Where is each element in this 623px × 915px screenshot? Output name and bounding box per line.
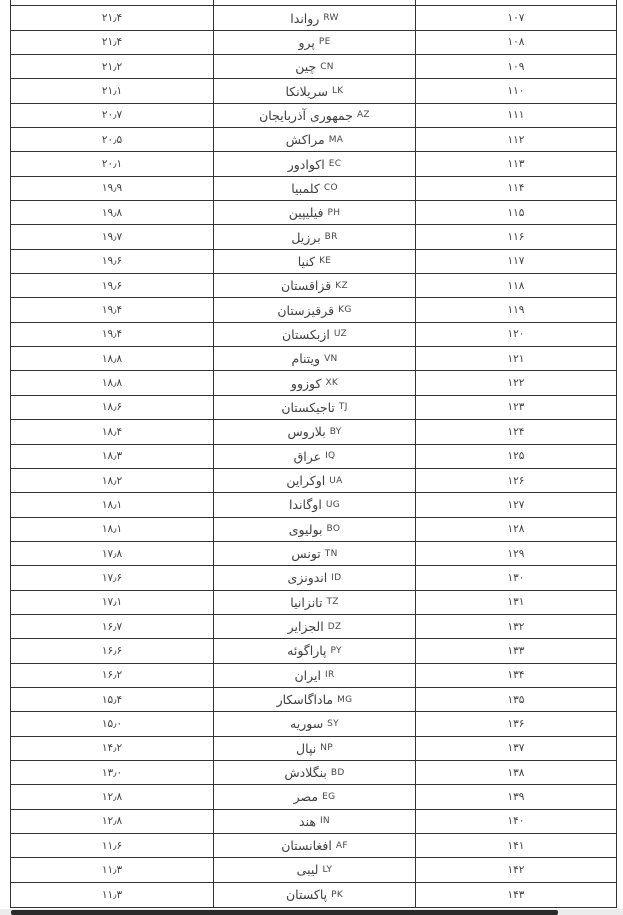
table-row: ۱۸٫۳ IQ عراق ۱۲۵	[11, 445, 616, 469]
value-cell: ۱۸٫۳	[11, 445, 213, 468]
country-name-label: مصر	[294, 789, 318, 804]
country-cell: BY بلاروس	[213, 420, 416, 443]
country-code-label: UA	[329, 476, 342, 486]
country-code-label: MG	[337, 695, 352, 705]
country-cell: KZ قزاقستان	[213, 274, 416, 297]
country-cell: IR ایران	[213, 664, 416, 687]
rank-cell: ۱۳۰	[416, 566, 616, 589]
country-name-label: کنیا	[298, 254, 315, 269]
table-row: ۱۸٫۶ TJ تاجیکستان ۱۲۳	[11, 396, 616, 420]
value-cell: ۲۱٫۴	[11, 6, 213, 29]
rank-cell: ۱۱۷	[416, 250, 616, 273]
country-cell: TN تونس	[213, 542, 416, 565]
value-cell: ۱۸٫۱	[11, 518, 213, 541]
country-code-label: PE	[319, 37, 331, 47]
country-cell	[213, 0, 416, 5]
value-cell: ۱۷٫۶	[11, 566, 213, 589]
table-row: ۲۱٫۴ PE پرو ۱۰۸	[11, 31, 616, 55]
rank-cell: ۱۱۴	[416, 177, 616, 200]
country-cell: IN هند	[213, 810, 416, 833]
country-code-label: BR	[325, 232, 338, 242]
country-cell: PK پاکستان	[213, 883, 416, 907]
value-cell: ۱۹٫۴	[11, 323, 213, 346]
table-row: ۱۷٫۶ ID اندونزی ۱۳۰	[11, 566, 616, 590]
country-cell: IQ عراق	[213, 445, 416, 468]
rank-cell: ۱۲۲	[416, 371, 616, 394]
value-cell: ۲۱٫۱	[11, 79, 213, 102]
country-cell: UZ ازبکستان	[213, 323, 416, 346]
table-row: ۱۱٫۳ PK پاکستان ۱۴۳	[11, 883, 616, 907]
value-cell: ۱۶٫۷	[11, 615, 213, 638]
table-row: ۱۱٫۳ LY لیبی ۱۴۲	[11, 858, 616, 882]
country-name-label: تانزانیا	[290, 595, 322, 610]
value-cell: ۱۷٫۸	[11, 542, 213, 565]
value-cell: ۱۹٫۹	[11, 177, 213, 200]
country-code-label: NP	[320, 743, 333, 753]
table-row: ۲۰٫۷ AZ جمهوری آذربایجان ۱۱۱	[11, 104, 616, 128]
country-cell: PE پرو	[213, 31, 416, 54]
country-cell: DZ الجزایر	[213, 615, 416, 638]
value-cell: ۱۹٫۴	[11, 298, 213, 321]
country-code-label: BD	[331, 768, 345, 778]
country-name-label: فیلیپین	[289, 205, 324, 220]
country-cell: PH فیلیپین	[213, 201, 416, 224]
country-name-label: پاراگوئه	[287, 643, 326, 658]
value-cell: ۲۰٫۱	[11, 152, 213, 175]
country-code-label: KZ	[335, 281, 348, 291]
country-cell: MA مراکش	[213, 128, 416, 151]
country-name-label: جمهوری آذربایجان	[259, 108, 353, 123]
value-cell: ۱۸٫۴	[11, 420, 213, 443]
country-code-label: CO	[324, 183, 338, 193]
country-name-label: ایران	[294, 668, 321, 683]
country-cell: SY سوریه	[213, 712, 416, 735]
table-row: ۲۱٫۲ CN چین ۱۰۹	[11, 55, 616, 79]
rank-cell: ۱۱۹	[416, 298, 616, 321]
table-row: ۱۹٫۴ UZ ازبکستان ۱۲۰	[11, 323, 616, 347]
value-cell: ۱۱٫۳	[11, 883, 213, 907]
table-row: ۱۹٫۶ KE کنیا ۱۱۷	[11, 250, 616, 274]
country-code-label: BY	[330, 427, 342, 437]
country-cell: ID اندونزی	[213, 566, 416, 589]
country-code-label: IQ	[325, 451, 335, 461]
country-cell: LK سریلانکا	[213, 79, 416, 102]
country-code-label: DZ	[328, 622, 342, 632]
table-row: ۱۴٫۲ NP نپال ۱۳۷	[11, 737, 616, 761]
rank-cell: ۱۱۳	[416, 152, 616, 175]
rank-cell: ۱۳۹	[416, 785, 616, 808]
value-cell: ۱۹٫۶	[11, 274, 213, 297]
table-row: ۱۶٫۷ DZ الجزایر ۱۳۲	[11, 615, 616, 639]
table-row: ۱۲٫۸ EG مصر ۱۳۹	[11, 785, 616, 809]
value-cell: ۱۸٫۱	[11, 493, 213, 516]
country-name-label: ماداگاسکار	[277, 692, 334, 707]
country-code-label: EG	[322, 792, 335, 802]
value-cell: ۱۹٫۶	[11, 250, 213, 273]
value-cell: ۱۹٫۸	[11, 201, 213, 224]
value-cell: ۱۷٫۱	[11, 591, 213, 614]
country-ranking-screen: ۲۱٫۴ RW رواندا ۱۰۷ ۲۱٫۴ PE پرو ۱۰۸ ۲۱٫۲ …	[0, 0, 623, 915]
country-cell: RW رواندا	[213, 6, 416, 29]
table-row: ۲۱٫۴ RW رواندا ۱۰۷	[11, 6, 616, 30]
rank-cell: ۱۰۸	[416, 31, 616, 54]
country-code-label: IR	[325, 670, 335, 680]
table-row: ۱۸٫۸ VN ویتنام ۱۲۱	[11, 347, 616, 371]
country-name-label: نپال	[296, 741, 316, 756]
table-row: ۱۱٫۶ AF افغانستان ۱۴۱	[11, 834, 616, 858]
country-cell: XK کوزوو	[213, 371, 416, 394]
country-cell: UA اوکراین	[213, 469, 416, 492]
rank-cell: ۱۲۳	[416, 396, 616, 419]
table-row: ۱۷٫۸ TN تونس ۱۲۹	[11, 542, 616, 566]
table-row: ۱۸٫۸ XK کوزوو ۱۲۲	[11, 371, 616, 395]
value-cell: ۱۱٫۳	[11, 858, 213, 881]
value-cell: ۱۸٫۸	[11, 347, 213, 370]
country-name-label: پرو	[298, 35, 314, 50]
rank-cell: ۱۳۲	[416, 615, 616, 638]
country-code-label: CN	[320, 62, 334, 72]
country-name-label: قرقیزستان	[277, 303, 334, 318]
country-code-label: IN	[320, 816, 330, 826]
country-name-label: اکوادور	[288, 157, 325, 172]
rank-cell: ۱۰۷	[416, 6, 616, 29]
country-name-label: عراق	[294, 449, 322, 464]
table-row: ۱۳٫۰ BD بنگلادش ۱۳۸	[11, 761, 616, 785]
value-cell: ۱۸٫۶	[11, 396, 213, 419]
rank-cell: ۱۲۷	[416, 493, 616, 516]
country-code-label: TZ	[326, 597, 338, 607]
country-name-label: تاجیکستان	[281, 400, 335, 415]
country-name-label: ویتنام	[291, 351, 320, 366]
rank-cell: ۱۲۶	[416, 469, 616, 492]
table-row: ۱۹٫۸ PH فیلیپین ۱۱۵	[11, 201, 616, 225]
table-row: ۱۵٫۰ SY سوریه ۱۳۶	[11, 712, 616, 736]
rank-cell	[416, 0, 616, 5]
country-cell: TJ تاجیکستان	[213, 396, 416, 419]
horizontal-scrollbar-track[interactable]	[0, 909, 623, 915]
country-name-label: برزیل	[291, 230, 320, 245]
country-cell: CO کلمبیا	[213, 177, 416, 200]
table-row: ۱۹٫۷ BR برزیل ۱۱۶	[11, 225, 616, 249]
table-row: ۲۰٫۵ MA مراکش ۱۱۲	[11, 128, 616, 152]
country-name-label: کوزوو	[291, 376, 322, 391]
rank-cell: ۱۲۹	[416, 542, 616, 565]
rank-cell: ۱۰۹	[416, 55, 616, 78]
country-cell: BO بولیوی	[213, 518, 416, 541]
country-code-label: LY	[322, 865, 332, 875]
country-code-label: TN	[325, 549, 338, 559]
country-code-label: PY	[331, 646, 342, 656]
country-code-label: EC	[329, 159, 342, 169]
country-name-label: بولیوی	[289, 522, 323, 537]
value-cell: ۱۸٫۸	[11, 371, 213, 394]
value-cell: ۱۲٫۸	[11, 810, 213, 833]
country-name-label: چین	[295, 59, 316, 74]
country-cell: BR برزیل	[213, 225, 416, 248]
country-cell: PY پاراگوئه	[213, 639, 416, 662]
rank-cell: ۱۴۳	[416, 883, 616, 907]
country-name-label: قزاقستان	[281, 278, 331, 293]
country-name-label: بنگلادش	[284, 765, 326, 780]
table-row: ۱۸٫۱ UG اوگاندا ۱۲۷	[11, 493, 616, 517]
rank-cell: ۱۲۵	[416, 445, 616, 468]
table-row: ۱۷٫۱ TZ تانزانیا ۱۳۱	[11, 591, 616, 615]
rank-cell: ۱۱۱	[416, 104, 616, 127]
country-code-label: PH	[327, 208, 340, 218]
rank-cell: ۱۳۳	[416, 639, 616, 662]
country-name-label: مراکش	[286, 132, 325, 147]
country-name-label: اندونزی	[288, 570, 328, 585]
country-code-label: BO	[327, 524, 341, 534]
value-cell: ۲۰٫۷	[11, 104, 213, 127]
country-cell: NP نپال	[213, 737, 416, 760]
country-name-label: هند	[299, 814, 316, 829]
country-code-label: TJ	[339, 402, 348, 412]
table-row: ۱۸٫۲ UA اوکراین ۱۲۶	[11, 469, 616, 493]
table-row: ۱۶٫۶ PY پاراگوئه ۱۳۳	[11, 639, 616, 663]
value-cell: ۱۶٫۲	[11, 664, 213, 687]
rank-cell: ۱۳۴	[416, 664, 616, 687]
rank-cell: ۱۳۱	[416, 591, 616, 614]
value-cell: ۱۲٫۸	[11, 785, 213, 808]
table-row: ۱۹٫۶ KZ قزاقستان ۱۱۸	[11, 274, 616, 298]
country-name-label: پاکستان	[286, 887, 327, 902]
country-code-label: VN	[324, 354, 338, 364]
table-row: ۱۸٫۱ BO بولیوی ۱۲۸	[11, 518, 616, 542]
country-code-label: RW	[323, 13, 338, 23]
country-cell: KG قرقیزستان	[213, 298, 416, 321]
value-cell: ۱۶٫۶	[11, 639, 213, 662]
rank-cell: ۱۴۲	[416, 858, 616, 881]
country-cell: UG اوگاندا	[213, 493, 416, 516]
country-cell: MG ماداگاسکار	[213, 688, 416, 711]
country-code-label: PK	[331, 890, 343, 900]
country-code-label: AZ	[357, 110, 370, 120]
rank-cell: ۱۳۷	[416, 737, 616, 760]
country-name-label: تونس	[291, 546, 320, 561]
rank-cell: ۱۳۵	[416, 688, 616, 711]
table-row: ۱۹٫۹ CO کلمبیا ۱۱۴	[11, 177, 616, 201]
country-cell: CN چین	[213, 55, 416, 78]
country-cell: AF افغانستان	[213, 834, 416, 857]
country-cell: BD بنگلادش	[213, 761, 416, 784]
rank-cell: ۱۱۸	[416, 274, 616, 297]
country-cell: LY لیبی	[213, 858, 416, 881]
country-name-label: افغانستان	[281, 838, 332, 853]
country-code-label: UG	[326, 500, 340, 510]
country-name-label: ازبکستان	[282, 327, 330, 342]
country-code-label: LK	[332, 86, 344, 96]
country-code-label: MA	[329, 135, 344, 145]
table-row: ۲۰٫۱ EC اکوادور ۱۱۳	[11, 152, 616, 176]
value-cell: ۱۳٫۰	[11, 761, 213, 784]
country-name-label: اوگاندا	[289, 497, 322, 512]
table-row: ۱۶٫۲ IR ایران ۱۳۴	[11, 664, 616, 688]
table-row: ۱۹٫۴ KG قرقیزستان ۱۱۹	[11, 298, 616, 322]
rank-cell: ۱۱۵	[416, 201, 616, 224]
country-cell: EC اکوادور	[213, 152, 416, 175]
table-row: ۱۵٫۴ MG ماداگاسکار ۱۳۵	[11, 688, 616, 712]
table-row: ۲۱٫۱ LK سریلانکا ۱۱۰	[11, 79, 616, 103]
value-cell: ۱۵٫۰	[11, 712, 213, 735]
rank-cell: ۱۴۱	[416, 834, 616, 857]
country-cell: TZ تانزانیا	[213, 591, 416, 614]
value-cell: ۲۱٫۲	[11, 55, 213, 78]
value-cell: ۲۱٫۴	[11, 31, 213, 54]
country-cell: VN ویتنام	[213, 347, 416, 370]
country-cell: KE کنیا	[213, 250, 416, 273]
value-cell: ۱۸٫۲	[11, 469, 213, 492]
rank-cell: ۱۲۰	[416, 323, 616, 346]
value-cell: ۱۴٫۲	[11, 737, 213, 760]
value-cell: ۲۰٫۵	[11, 128, 213, 151]
value-cell: ۱۵٫۴	[11, 688, 213, 711]
country-ranking-table: ۲۱٫۴ RW رواندا ۱۰۷ ۲۱٫۴ PE پرو ۱۰۸ ۲۱٫۲ …	[10, 0, 617, 908]
rank-cell: ۱۴۰	[416, 810, 616, 833]
country-code-label: AF	[336, 841, 348, 851]
country-cell: EG مصر	[213, 785, 416, 808]
rank-cell: ۱۲۴	[416, 420, 616, 443]
country-name-label: رواندا	[290, 11, 319, 26]
rank-cell: ۱۱۶	[416, 225, 616, 248]
value-cell: ۱۱٫۶	[11, 834, 213, 857]
value-cell: ۱۹٫۷	[11, 225, 213, 248]
country-name-label: سریلانکا	[285, 84, 328, 99]
rank-cell: ۱۲۱	[416, 347, 616, 370]
country-name-label: بلاروس	[287, 424, 325, 439]
rank-cell: ۱۳۶	[416, 712, 616, 735]
country-name-label: سوریه	[290, 716, 323, 731]
country-code-label: UZ	[334, 329, 347, 339]
country-name-label: لیبی	[297, 862, 319, 877]
rank-cell: ۱۳۸	[416, 761, 616, 784]
country-code-label: SY	[327, 719, 339, 729]
horizontal-scrollbar-thumb[interactable]	[11, 910, 558, 915]
rank-cell: ۱۲۸	[416, 518, 616, 541]
country-code-label: KG	[338, 305, 351, 315]
country-code-label: XK	[325, 378, 338, 388]
country-name-label: اوکراین	[286, 473, 325, 488]
rank-cell: ۱۱۲	[416, 128, 616, 151]
value-cell	[11, 0, 213, 5]
country-name-label: الجزایر	[288, 619, 324, 634]
table-row: ۱۸٫۴ BY بلاروس ۱۲۴	[11, 420, 616, 444]
country-code-label: ID	[331, 573, 341, 583]
country-code-label: KE	[319, 256, 331, 266]
table-row: ۱۲٫۸ IN هند ۱۴۰	[11, 810, 616, 834]
rank-cell: ۱۱۰	[416, 79, 616, 102]
country-cell: AZ جمهوری آذربایجان	[213, 104, 416, 127]
country-name-label: کلمبیا	[291, 181, 320, 196]
